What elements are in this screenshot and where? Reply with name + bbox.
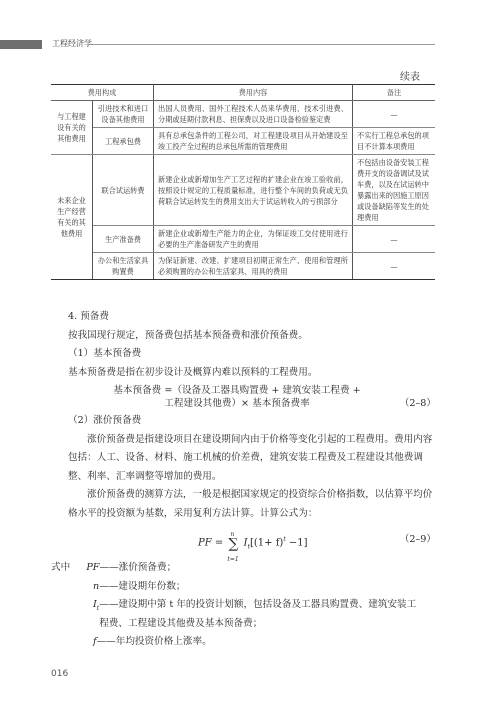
basic-reserve-definition: 基本预备费是指在初步设计及概算内难以预料的工程费用。: [68, 364, 436, 383]
cost-table: 费用构成 费用内容 备注 与工程建设有关的其他费用 引进技术和进口设备其他费用 …: [51, 84, 435, 280]
equation-growth: [(1+ f): [250, 537, 283, 548]
sum-upper-limit: n: [230, 526, 234, 545]
where-label: 式中: [51, 562, 70, 573]
column-header-content: 费用内容: [154, 85, 353, 101]
variable-description: ——建设期年份数；: [99, 581, 185, 592]
content-cell: 新建企业或新增生产能力的企业，为保证竣工交付使用进行必要的生产准备研发产生的费用: [154, 226, 353, 253]
note-cell: —: [353, 101, 436, 128]
table-continued-label: 续表: [400, 68, 420, 83]
variable-row: It ——建设期中第 t 年的投资计划额，包括设备及工器具购置费、建筑安装工程费…: [51, 596, 419, 633]
content-cell: 为保证新建、改建、扩建项目初期正常生产、使用和管理所必须购置的办公和生活家具、用…: [154, 253, 353, 280]
content-cell: 新建企业或新增加生产工艺过程的扩建企业在竣工验收前，按照设计规定的工程质量标准，…: [154, 155, 353, 226]
variable-definitions: 式中 PF——涨价预备费； n——建设期年份数； It ——建设期中第 t 年的…: [51, 559, 419, 652]
table-row: 办公和生活家具购置费 为保证新建、改建、扩建项目初期正常生产、使用和管理所必须购…: [51, 253, 435, 280]
variable-row: 式中 PF——涨价预备费；: [51, 559, 419, 578]
item-cell: 办公和生活家具购置费: [93, 253, 154, 280]
subsection-heading-basic: （1）基本预备费: [68, 345, 436, 364]
note-cell: —: [353, 253, 436, 280]
price-reserve-method: 涨价预备费的测算方法，一般是根据国家规定的投资综合价格指数，以估算平均价格水平的…: [68, 486, 436, 523]
item-cell: 联合试运转费: [93, 155, 154, 226]
table-row: 与工程建设有关的其他费用 引进技术和进口设备其他费用 出国人员费用、国外工程技术…: [51, 101, 435, 128]
table-header-row: 费用构成 费用内容 备注: [51, 85, 435, 101]
equation-line-1: 基本预备费 =（设备及工器具购置费 + 建筑安装工程费 +: [68, 384, 436, 397]
column-header-composition: 费用构成: [51, 85, 154, 101]
variable-description: ——涨价预备费；: [99, 562, 176, 573]
running-title: 工程经济学: [52, 38, 92, 49]
page-number: 016: [51, 669, 68, 679]
variable-symbol: PF: [86, 562, 99, 573]
category-cell: 与工程建设有关的其他费用: [51, 101, 93, 155]
content-cell: 出国人员费用、国外工程技术人员来华费用、技术引进费、分期或延期付款利息、担保费以…: [154, 101, 353, 128]
variable-description: ——年均投资价格上涨率。: [97, 636, 212, 647]
header-decoration-bar: [0, 40, 42, 49]
item-cell: 工程承包费: [93, 128, 154, 155]
item-cell: 引进技术和进口设备其他费用: [93, 101, 154, 128]
equation-line-2: 工程建设其他费）× 基本预备费率: [68, 397, 436, 410]
content-cell: 具有总承包条件的工程公司，对工程建设项目从开始建设至竣工投产全过程的总承包所需的…: [154, 128, 353, 155]
equation-number: （2–9）: [400, 531, 436, 550]
table-row: 未来企业生产经营有关的其他费用 联合试运转费 新建企业或新增加生产工艺过程的扩建…: [51, 155, 435, 226]
header-rule: [88, 44, 435, 45]
equation-end: −1]: [286, 537, 308, 548]
table-row: 工程承包费 具有总承包条件的工程公司，对工程建设项目从开始建设至竣工投产全过程的…: [51, 128, 435, 155]
item-cell: 生产准备费: [93, 226, 154, 253]
section-intro: 按我国现行规定，预备费包括基本预备费和涨价预备费。: [68, 327, 436, 346]
note-cell: —: [353, 226, 436, 253]
column-header-note: 备注: [353, 85, 436, 101]
table-row: 生产准备费 新建企业或新增生产能力的企业，为保证竣工交付使用进行必要的生产准备研…: [51, 226, 435, 253]
section-body: 4. 预备费 按我国现行规定，预备费包括基本预备费和涨价预备费。 （1）基本预备…: [68, 308, 436, 652]
section-heading: 4. 预备费: [68, 308, 436, 327]
equation-2-9: PF = ∑ n t=1 It[(1+ f)t −1] （2–9）: [68, 525, 436, 559]
equation-lhs: PF: [198, 537, 212, 548]
equation-2-8: 基本预备费 =（设备及工器具购置费 + 建筑安装工程费 + 工程建设其他费）× …: [68, 384, 436, 412]
variable-row: f——年均投资价格上涨率。: [51, 633, 419, 652]
summation-symbol: ∑ n t=1: [226, 535, 240, 554]
equation-number: （2–8）: [400, 397, 436, 410]
note-cell: 不包括由设备安装工程费开支的设备调试及试车费，以及在试运转中暴露出来的因施工原因…: [353, 155, 436, 226]
variable-description: ——建设期中第 t 年的投资计划额，包括设备及工器具购置费、建筑安装工程费、工程…: [99, 596, 419, 633]
price-reserve-definition: 涨价预备费是指建设项目在建设期间内由于价格等变化引起的工程费用。费用内容包括：人…: [68, 431, 436, 487]
note-cell: 不实行工程总承包的项目不计算本项费用: [353, 128, 436, 155]
variable-row: n——建设期年份数；: [51, 578, 419, 597]
category-cell: 未来企业生产经营有关的其他费用: [51, 155, 93, 280]
subsection-heading-price: （2）涨价预备费: [68, 412, 436, 431]
